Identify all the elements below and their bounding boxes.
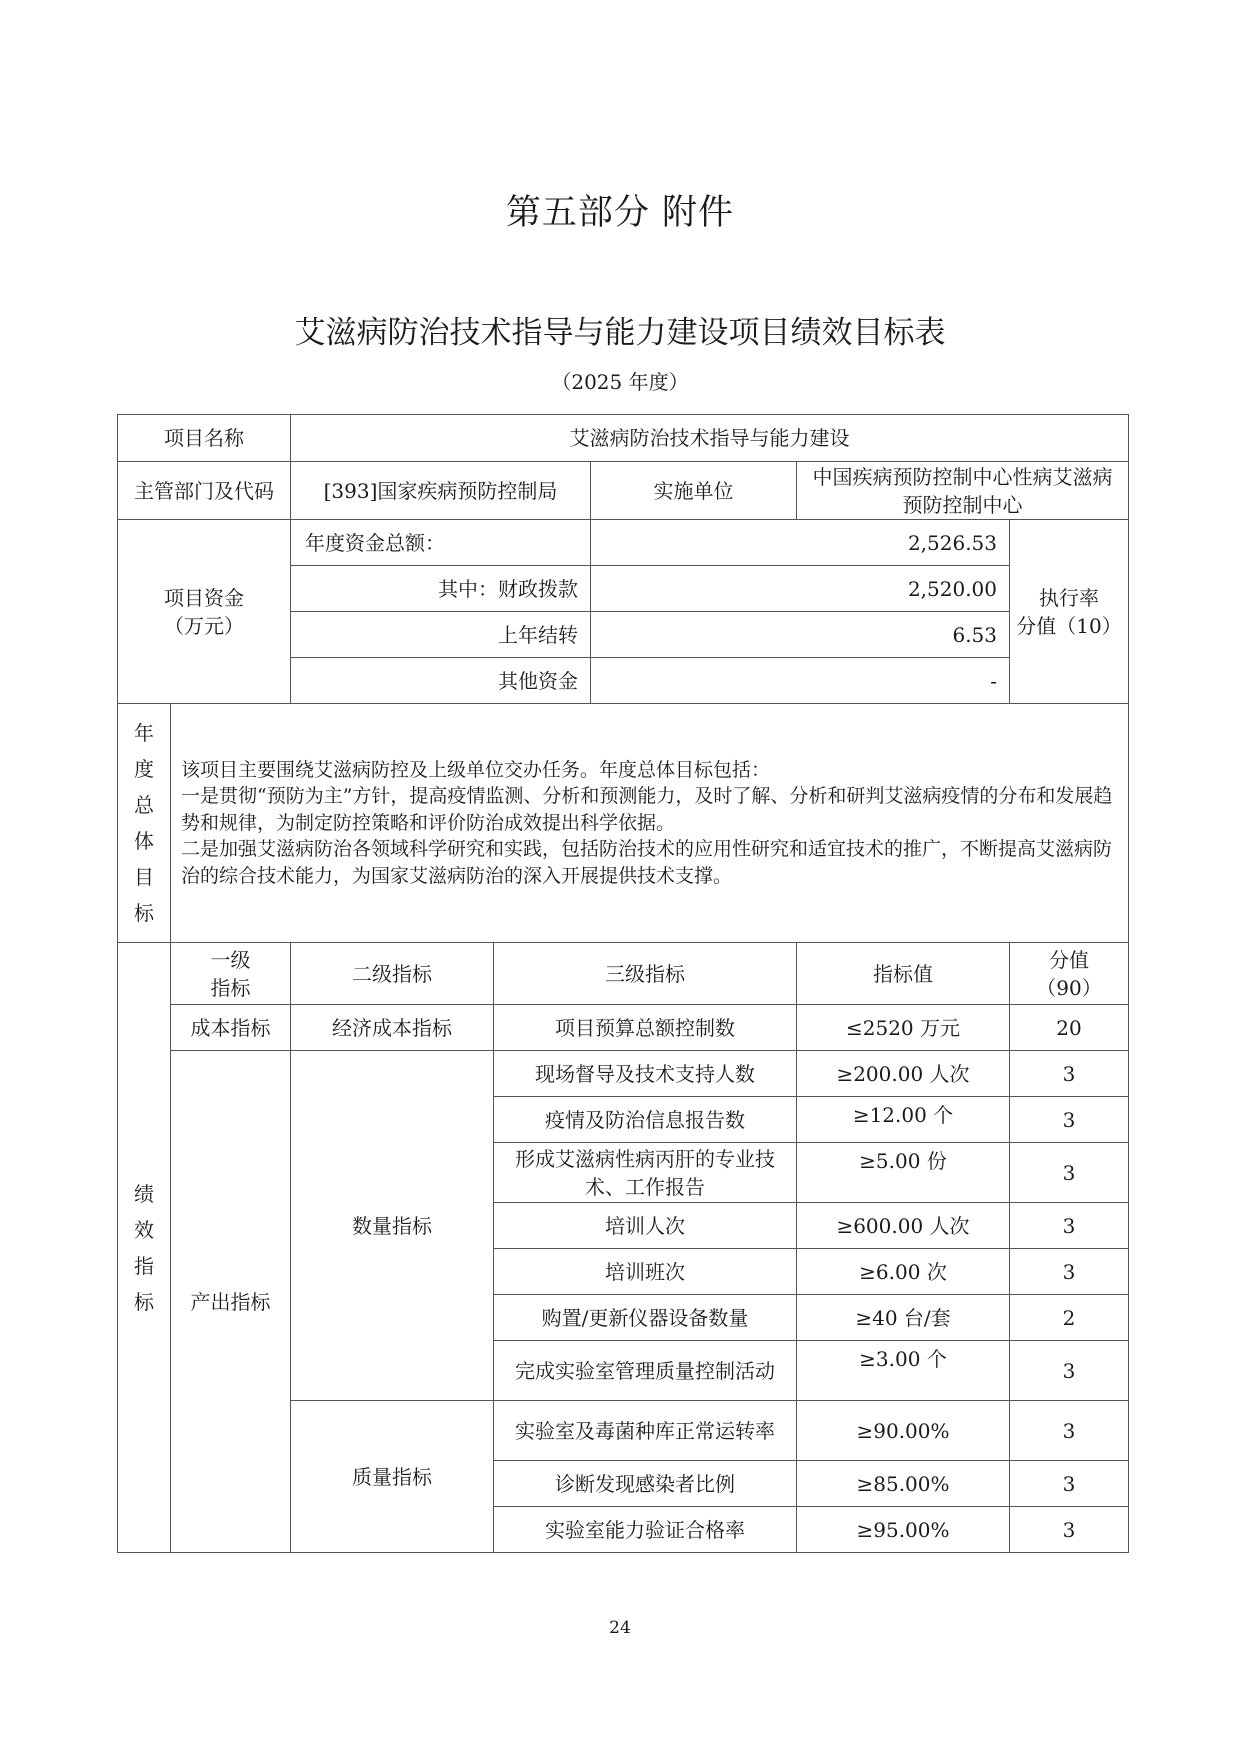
funds-total-value: 2,526.53 xyxy=(591,520,1010,566)
funds-carryover-value: 6.53 xyxy=(591,612,1010,658)
score-cell: 3 xyxy=(1010,1143,1129,1203)
level3-cell: 现场督导及技术支持人数 xyxy=(494,1051,797,1097)
funds-total-label: 年度资金总额： xyxy=(291,520,591,566)
header-level2: 二级指标 xyxy=(291,943,494,1005)
cost-level1: 成本指标 xyxy=(171,1005,291,1051)
impl-unit-value: 中国疾病预防控制中心性病艾滋病预防控制中心 xyxy=(797,462,1129,520)
value-cell: ≥5.00 份 xyxy=(797,1143,1010,1203)
header-level1: 一级 指标 xyxy=(171,943,291,1005)
funds-other-label: 其他资金 xyxy=(291,658,591,704)
level3-cell: 诊断发现感染者比例 xyxy=(494,1461,797,1507)
cost-level2: 经济成本指标 xyxy=(291,1005,494,1051)
funds-fiscal-label: 其中：财政拨款 xyxy=(291,566,591,612)
project-name-label: 项目名称 xyxy=(118,415,291,462)
funds-label: 项目资金 （万元） xyxy=(118,520,291,704)
performance-target-table: 项目名称 艾滋病防治技术指导与能力建设 主管部门及代码 [393]国家疾病预防控… xyxy=(117,414,1129,1553)
value-cell: ≥600.00 人次 xyxy=(797,1203,1010,1249)
funds-carryover-label: 上年结转 xyxy=(291,612,591,658)
value-cell: ≥3.00 个 xyxy=(797,1341,1010,1401)
header-level3: 三级指标 xyxy=(494,943,797,1005)
value-cell: ≥200.00 人次 xyxy=(797,1051,1010,1097)
table-row: 产出指标 数量指标 现场督导及技术支持人数 ≥200.00 人次 3 xyxy=(118,1051,1129,1097)
level3-cell: 购置/更新仪器设备数量 xyxy=(494,1295,797,1341)
annual-goal-text: 该项目主要围绕艾滋病防控及上级单位交办任务。年度总体目标包括： 一是贯彻“预防为… xyxy=(171,704,1129,943)
goal-paragraph: 该项目主要围绕艾滋病防控及上级单位交办任务。年度总体目标包括： xyxy=(181,757,1118,784)
annual-goal-label: 年 度 总 体 目 标 xyxy=(118,704,171,943)
table-title: 艾滋病防治技术指导与能力建设项目绩效目标表 xyxy=(0,307,1240,352)
level3-cell: 培训班次 xyxy=(494,1249,797,1295)
indicators-label: 绩 效 指 标 xyxy=(118,943,171,1553)
cost-value: ≤2520 万元 xyxy=(797,1005,1010,1051)
value-cell: ≥95.00% xyxy=(797,1507,1010,1553)
score-cell: 3 xyxy=(1010,1341,1129,1401)
header-value: 指标值 xyxy=(797,943,1010,1005)
score-cell: 3 xyxy=(1010,1249,1129,1295)
funds-other-value: - xyxy=(591,658,1010,704)
indicator-header-row: 绩 效 指 标 一级 指标 二级指标 三级指标 指标值 分值 （90） xyxy=(118,943,1129,1005)
score-cell: 3 xyxy=(1010,1203,1129,1249)
section-title: 第五部分 附件 xyxy=(0,185,1240,235)
project-name-value: 艾滋病防治技术指导与能力建设 xyxy=(291,415,1129,462)
year-note: （2025 年度） xyxy=(0,366,1240,395)
score-cell: 3 xyxy=(1010,1507,1129,1553)
quantity-level2: 数量指标 xyxy=(291,1051,494,1401)
funds-label-line2: （万元） xyxy=(124,612,284,640)
level3-cell: 形成艾滋病性病丙肝的专业技术、工作报告 xyxy=(494,1143,797,1203)
cost-score: 20 xyxy=(1010,1005,1129,1051)
funds-label-line1: 项目资金 xyxy=(124,584,284,612)
score-cell: 3 xyxy=(1010,1051,1129,1097)
annual-goal-row: 年 度 总 体 目 标 该项目主要围绕艾滋病防控及上级单位交办任务。年度总体目标… xyxy=(118,704,1129,943)
page-number: 24 xyxy=(0,1618,1240,1638)
score-cell: 2 xyxy=(1010,1295,1129,1341)
score-cell: 3 xyxy=(1010,1097,1129,1143)
level3-cell: 实验室能力验证合格率 xyxy=(494,1507,797,1553)
score-cell: 3 xyxy=(1010,1401,1129,1461)
department-row: 主管部门及代码 [393]国家疾病预防控制局 实施单位 中国疾病预防控制中心性病… xyxy=(118,462,1129,520)
execution-rate-line2: 分值（10） xyxy=(1016,612,1122,640)
quality-level2: 质量指标 xyxy=(291,1401,494,1553)
value-cell: ≥12.00 个 xyxy=(797,1097,1010,1143)
header-score: 分值 （90） xyxy=(1010,943,1129,1005)
department-value: [393]国家疾病预防控制局 xyxy=(291,462,591,520)
funds-fiscal-value: 2,520.00 xyxy=(591,566,1010,612)
goal-paragraph: 一是贯彻“预防为主”方针，提高疫情监测、分析和预测能力，及时了解、分析和研判艾滋… xyxy=(181,783,1118,836)
level3-cell: 实验室及毒菌种库正常运转率 xyxy=(494,1401,797,1461)
value-cell: ≥6.00 次 xyxy=(797,1249,1010,1295)
cost-level3: 项目预算总额控制数 xyxy=(494,1005,797,1051)
output-level1: 产出指标 xyxy=(171,1051,291,1553)
value-cell: ≥90.00% xyxy=(797,1401,1010,1461)
execution-rate-line1: 执行率 xyxy=(1016,584,1122,612)
level3-cell: 疫情及防治信息报告数 xyxy=(494,1097,797,1143)
value-cell: ≥85.00% xyxy=(797,1461,1010,1507)
value-cell: ≥40 台/套 xyxy=(797,1295,1010,1341)
cost-indicator-row: 成本指标 经济成本指标 项目预算总额控制数 ≤2520 万元 20 xyxy=(118,1005,1129,1051)
score-cell: 3 xyxy=(1010,1461,1129,1507)
level3-cell: 培训人次 xyxy=(494,1203,797,1249)
funds-row-total: 项目资金 （万元） 年度资金总额： 2,526.53 执行率 分值（10） xyxy=(118,520,1129,566)
execution-rate-score: 执行率 分值（10） xyxy=(1010,520,1129,704)
impl-unit-label: 实施单位 xyxy=(591,462,797,520)
goal-paragraph: 二是加强艾滋病防治各领域科学研究和实践，包括防治技术的应用性研究和适宜技术的推广… xyxy=(181,836,1118,889)
department-label: 主管部门及代码 xyxy=(118,462,291,520)
project-name-row: 项目名称 艾滋病防治技术指导与能力建设 xyxy=(118,415,1129,462)
level3-cell: 完成实验室管理质量控制活动 xyxy=(494,1341,797,1401)
